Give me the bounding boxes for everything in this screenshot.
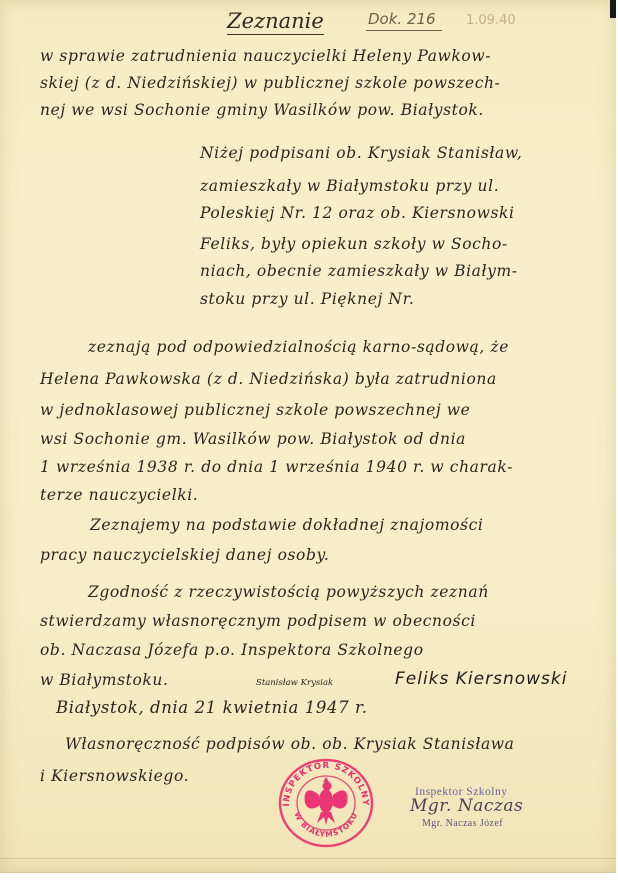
signatories-line: Poleskiej Nr. 12 oraz ob. Kiersnowski [200,206,515,222]
document-page: Zeznanie Dok. 216 1.09.40 w sprawie zatr… [0,0,616,873]
scan-edge [610,0,616,18]
document-title: Zeznanie [227,9,324,35]
signature-stanislaw-krysiak: Stanisław Krysiak [256,678,333,688]
testimony-line: wsi Sochonie gm. Wasilków pow. Białystok… [40,432,466,448]
testimony-line: 1 września 1938 r. do dnia 1 września 19… [40,460,513,476]
intro-line: nej we wsi Sochonie gminy Wasilków pow. … [40,103,484,119]
place-date: Białystok, dnia 21 kwietnia 1947 r. [56,700,368,717]
attestation-line: Zgodność z rzeczywistością powyższych ze… [88,585,489,601]
certification-line: i Kiersnowskiego. [40,769,189,785]
testimony-line: Helena Pawkowska (z d. Niedzińska) była … [40,372,497,388]
intro-line: w sprawie zatrudnienia nauczycielki Hele… [40,49,491,65]
testimony-line: terze nauczycielki. [40,488,198,504]
signatories-line: stoku przy ul. Pięknej Nr. [200,292,414,308]
archive-reference-date: 1.09.40 [466,13,516,28]
inspector-name: Mgr. Naczas Józef [422,818,503,829]
attestation-line: ob. Naczasa Józefa p.o. Inspektora Szkol… [40,643,424,659]
intro-line: skiej (z d. Niedzińskiej) w publicznej s… [40,76,500,92]
attestation-line: stwierdzamy własnoręcznym podpisem w obe… [40,614,476,630]
testimony-line: zeznają pod odpowiedzialnością karno-sąd… [88,340,509,356]
paper-edge-fold [0,858,616,859]
signatories-line: Niżej podpisani ob. Krysiak Stanisław, [200,146,522,162]
certification-line: Własnoręczność podpisów ob. ob. Krysiak … [65,737,515,753]
official-round-stamp: INSPEKTOR SZKOLNY W BIAŁYMSTOKU [277,757,375,849]
attestation-line: w Białymstoku. [40,673,168,689]
basis-line: pracy nauczycielskiej danej osoby. [40,548,329,564]
basis-line: Zeznajemy na podstawie dokładnej znajomo… [90,518,483,534]
archive-reference: Dok. 216 [366,10,442,31]
testimony-line: w jednoklasowej publicznej szkole powsze… [40,403,470,419]
inspector-handwritten-signature: Mgr. Naczas [410,796,523,816]
signature-feliks-kiersnowski: Feliks Kiersnowski [395,669,567,689]
polish-eagle-icon: INSPEKTOR SZKOLNY W BIAŁYMSTOKU [277,757,375,849]
signatories-line: Feliks, były opiekun szkoły w Socho- [200,237,508,253]
inspector-typed-stamp: Inspektor Szkolny Mgr. Naczas Mgr. Nacza… [410,786,508,798]
signatories-line: zamieszkały w Białymstoku przy ul. [200,179,499,195]
signatories-line: niach, obecnie zamieszkały w Białym- [200,264,518,280]
